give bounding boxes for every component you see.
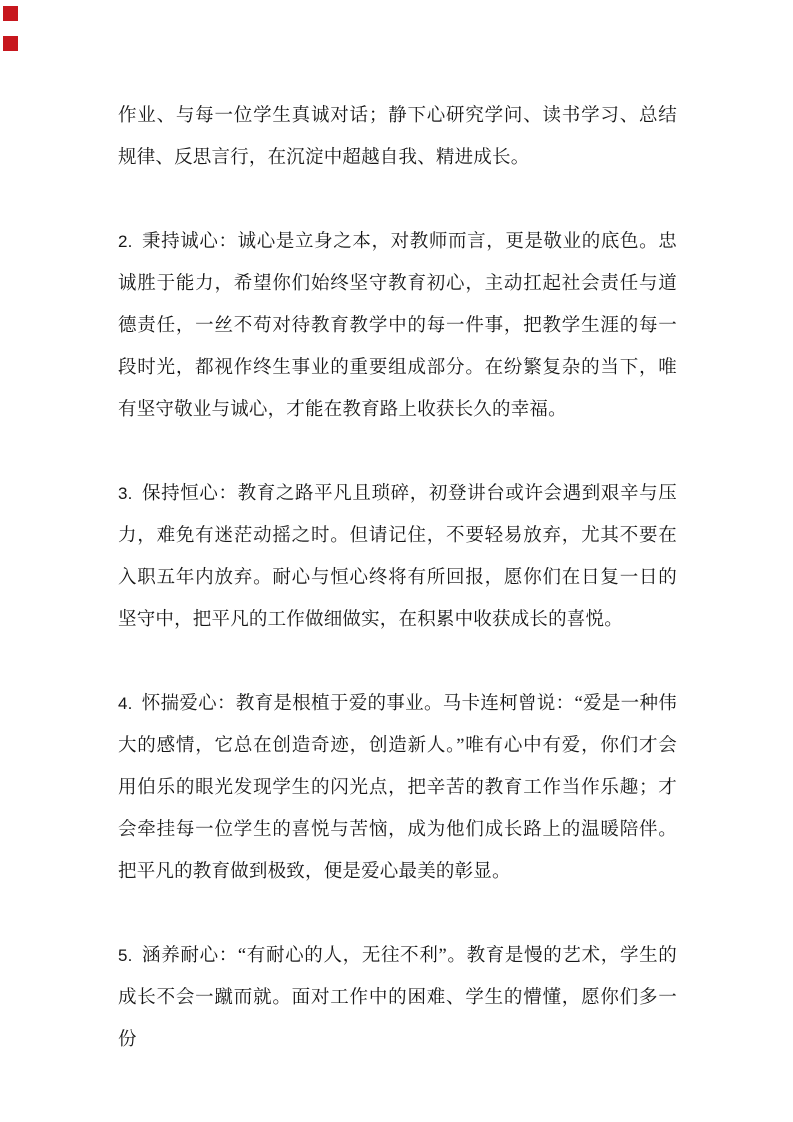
paragraph-3: 3.保持恒心：教育之路平凡且琐碎，初登讲台或许会遇到艰辛与压力，难免有迷茫动摇之… — [118, 473, 677, 641]
continuation-paragraph-text: 作业、与每一位学生真诚对话；静下心研究学问、读书学习、总结规律、反思言行，在沉淀… — [118, 106, 677, 168]
paragraph-4-number: 4. — [118, 694, 133, 713]
paragraph-2-text: 秉持诚心：诚心是立身之本，对教师而言，更是敬业的底色。忠诚胜于能力，希望你们始终… — [118, 232, 677, 420]
document-body: 作业、与每一位学生真诚对话；静下心研究学问、读书学习、总结规律、反思言行，在沉淀… — [0, 0, 793, 1061]
continuation-paragraph: 作业、与每一位学生真诚对话；静下心研究学问、读书学习、总结规律、反思言行，在沉淀… — [118, 95, 677, 179]
paragraph-3-number: 3. — [118, 484, 133, 503]
paragraph-2-number: 2. — [118, 232, 133, 251]
document-page: 作业、与每一位学生真诚对话；静下心研究学问、读书学习、总结规律、反思言行，在沉淀… — [0, 0, 793, 1122]
paragraph-3-text: 保持恒心：教育之路平凡且琐碎，初登讲台或许会遇到艰辛与压力，难免有迷茫动摇之时。… — [118, 484, 677, 630]
paragraph-5-text: 涵养耐心：“有耐心的人，无往不利”。教育是慢的艺术，学生的成长不会一蹴而就。面对… — [118, 946, 677, 1050]
paragraph-5: 5.涵养耐心：“有耐心的人，无往不利”。教育是慢的艺术，学生的成长不会一蹴而就。… — [118, 935, 677, 1061]
paragraph-4: 4.怀揣爱心：教育是根植于爱的事业。马卡连柯曾说：“爱是一种伟大的感情，它总在创… — [118, 683, 677, 893]
paragraph-4-text: 怀揣爱心：教育是根植于爱的事业。马卡连柯曾说：“爱是一种伟大的感情，它总在创造奇… — [118, 694, 677, 882]
paragraph-5-number: 5. — [118, 946, 133, 965]
paragraph-2: 2.秉持诚心：诚心是立身之本，对教师而言，更是敬业的底色。忠诚胜于能力，希望你们… — [118, 221, 677, 431]
